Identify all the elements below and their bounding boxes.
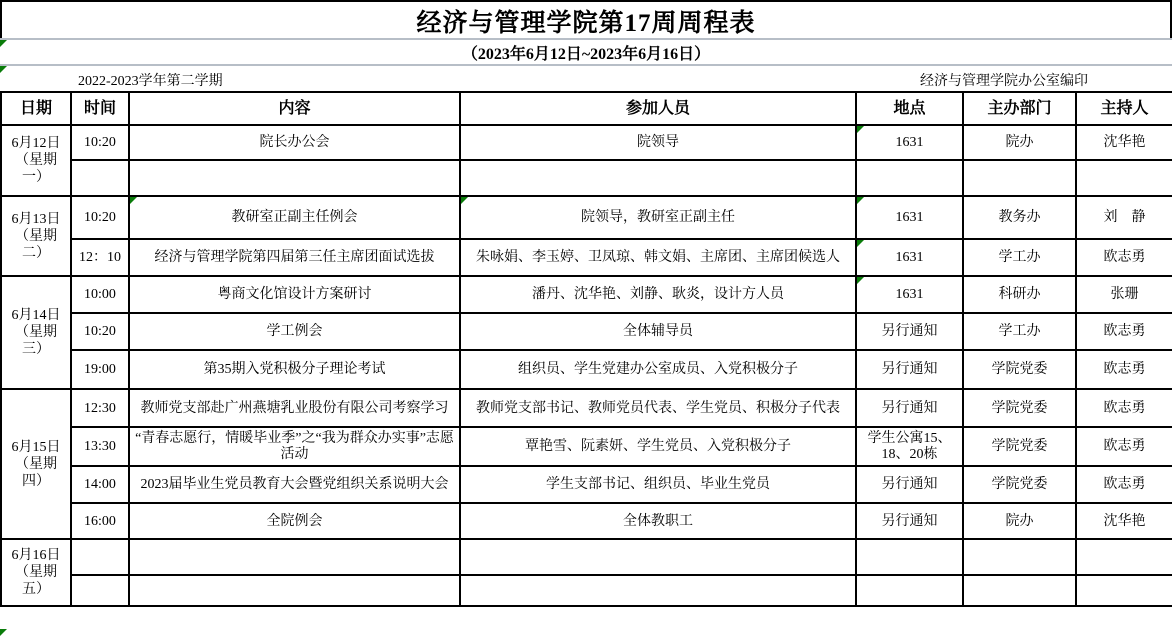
weekday-text: （星期五） [5,564,67,598]
host-cell: 欧志勇 [1076,466,1172,503]
time-cell: 19:00 [71,350,129,389]
location-text: 1631 [896,210,924,225]
department-cell [963,539,1076,575]
col-header-date: 日期 [1,92,71,125]
content-cell [129,539,460,575]
location-cell [856,575,963,606]
table-row: 12：10 经济与管理学院第四届第三任主席团面试选拔 朱咏娟、李玉婷、卫凤琼、韩… [1,239,1172,276]
location-cell: 另行通知 [856,503,963,539]
participants-cell: 潘丹、沈华艳、刘静、耿炎，设计方人员 [460,276,856,313]
date-text: 6月16日 [5,547,67,564]
comment-indicator-icon [857,240,864,247]
weekday-text: （星期一） [5,152,67,186]
table-row: 6月14日 （星期三） 10:00 粤商文化馆设计方案研讨 潘丹、沈华艳、刘静、… [1,276,1172,313]
host-cell: 欧志勇 [1076,313,1172,350]
host-cell: 欧志勇 [1076,350,1172,389]
location-cell: 1631 [856,239,963,276]
location-cell [856,539,963,575]
comment-indicator-icon [0,66,7,73]
col-header-department: 主办部门 [963,92,1076,125]
participants-text: 院领导，教研室正副主任 [581,210,735,225]
table-row: 14:00 2023届毕业生党员教育大会暨党组织关系说明大会 学生支部书记、组织… [1,466,1172,503]
department-cell: 学院党委 [963,389,1076,427]
weekday-text: （星期四） [5,456,67,490]
time-cell: 13:30 [71,427,129,466]
time-cell: 10:00 [71,276,129,313]
table-header-row: 日期 时间 内容 参加人员 地点 主办部门 主持人 [1,92,1172,125]
time-cell [71,575,129,606]
time-cell: 10:20 [71,196,129,239]
weekday-text: （星期三） [5,324,67,358]
date-cell: 6月13日 （星期二） [1,196,71,276]
date-text: 6月13日 [5,211,67,228]
content-cell: 全院例会 [129,503,460,539]
host-cell: 欧志勇 [1076,389,1172,427]
time-cell: 12:30 [71,389,129,427]
participants-cell: 学生支部书记、组织员、毕业生党员 [460,466,856,503]
host-cell [1076,160,1172,196]
time-cell: 14:00 [71,466,129,503]
comment-indicator-icon [857,126,864,133]
time-cell: 12：10 [71,239,129,276]
department-cell: 学院党委 [963,427,1076,466]
host-cell: 沈华艳 [1076,125,1172,160]
content-cell: 教师党支部赴广州燕塘乳业股份有限公司考察学习 [129,389,460,427]
weekday-text: （星期二） [5,228,67,262]
department-cell: 院办 [963,503,1076,539]
department-cell: 学工办 [963,239,1076,276]
location-cell: 另行通知 [856,313,963,350]
participants-cell [460,160,856,196]
location-cell [856,160,963,196]
content-cell [129,160,460,196]
semester-label: 2022-2023学年第二学期 [78,70,223,90]
col-header-time: 时间 [71,92,129,125]
date-cell: 6月15日 （星期四） [1,389,71,539]
location-cell: 另行通知 [856,466,963,503]
time-cell [71,160,129,196]
date-text: 6月14日 [5,307,67,324]
location-cell: 1631 [856,125,963,160]
table-row: 6月13日 （星期二） 10:20 教研室正副主任例会 院领导，教研室正副主任 … [1,196,1172,239]
department-cell [963,575,1076,606]
host-cell: 欧志勇 [1076,239,1172,276]
participants-cell: 院领导 [460,125,856,160]
location-cell: 学生公寓15、18、20栋 [856,427,963,466]
host-cell [1076,575,1172,606]
table-row: 19:00 第35期入党积极分子理论考试 组织员、学生党建办公室成员、入党积极分… [1,350,1172,389]
schedule-sheet: 经济与管理学院第17周周程表 （2023年6月12日~2023年6月16日） 2… [0,0,1172,636]
table-row: 6月15日 （星期四） 12:30 教师党支部赴广州燕塘乳业股份有限公司考察学习… [1,389,1172,427]
date-cell: 6月14日 （星期三） [1,276,71,389]
col-header-location: 地点 [856,92,963,125]
table-row: 6月16日 （星期五） [1,539,1172,575]
date-cell: 6月16日 （星期五） [1,539,71,606]
location-text: 1631 [896,250,924,265]
department-cell [963,160,1076,196]
content-text: 教研室正副主任例会 [232,210,358,225]
content-cell: 院长办公会 [129,125,460,160]
participants-cell: 全体辅导员 [460,313,856,350]
host-cell: 张珊 [1076,276,1172,313]
department-cell: 学院党委 [963,466,1076,503]
participants-cell: 教师党支部书记、教师党员代表、学生党员、积极分子代表 [460,389,856,427]
comment-indicator-icon [0,40,7,47]
table-row [1,575,1172,606]
page-title-text: 经济与管理学院第17周周程表 [416,3,755,39]
meta-row: 2022-2023学年第二学期 经济与管理学院办公室编印 [0,66,1172,91]
content-cell: 学工例会 [129,313,460,350]
table-row: 10:20 学工例会 全体辅导员 另行通知 学工办 欧志勇 [1,313,1172,350]
time-cell: 16:00 [71,503,129,539]
col-header-host: 主持人 [1076,92,1172,125]
table-row [1,160,1172,196]
time-cell: 10:20 [71,313,129,350]
comment-indicator-icon [857,197,864,204]
participants-cell: 全体教职工 [460,503,856,539]
content-cell: “青春志愿行，情暖毕业季”之“我为群众办实事”志愿活动 [129,427,460,466]
date-text: 6月12日 [5,135,67,152]
location-cell: 另行通知 [856,350,963,389]
host-cell: 刘 静 [1076,196,1172,239]
location-cell: 另行通知 [856,389,963,427]
comment-indicator-icon [0,629,7,636]
date-cell: 6月12日 （星期一） [1,125,71,196]
department-cell: 学院党委 [963,350,1076,389]
participants-cell: 朱咏娟、李玉婷、卫凤琼、韩文娟、主席团、主席团候选人 [460,239,856,276]
table-row: 16:00 全院例会 全体教职工 另行通知 院办 沈华艳 [1,503,1172,539]
location-text: 1631 [896,135,924,150]
content-cell: 2023届毕业生党员教育大会暨党组织关系说明大会 [129,466,460,503]
department-cell: 科研办 [963,276,1076,313]
date-range-text: （2023年6月12日~2023年6月16日） [462,41,710,64]
department-cell: 学工办 [963,313,1076,350]
date-range-subtitle: （2023年6月12日~2023年6月16日） [0,40,1172,64]
table-row: 13:30 “青春志愿行，情暖毕业季”之“我为群众办实事”志愿活动 覃艳雪、阮素… [1,427,1172,466]
participants-cell [460,539,856,575]
col-header-content: 内容 [129,92,460,125]
date-text: 6月15日 [5,439,67,456]
comment-indicator-icon [461,197,468,204]
time-cell [71,539,129,575]
page-title: 经济与管理学院第17周周程表 [0,0,1172,39]
host-cell: 沈华艳 [1076,503,1172,539]
time-cell: 10:20 [71,125,129,160]
publisher-label: 经济与管理学院办公室编印 [920,70,1088,90]
participants-cell: 院领导，教研室正副主任 [460,196,856,239]
department-cell: 教务办 [963,196,1076,239]
content-cell: 粤商文化馆设计方案研讨 [129,276,460,313]
location-text: 1631 [896,287,924,302]
participants-cell [460,575,856,606]
schedule-table: 日期 时间 内容 参加人员 地点 主办部门 主持人 6月12日 （星期一） 10… [0,91,1172,607]
host-cell [1076,539,1172,575]
location-cell: 1631 [856,196,963,239]
table-row: 6月12日 （星期一） 10:20 院长办公会 院领导 1631 院办 沈华艳 [1,125,1172,160]
content-cell [129,575,460,606]
content-cell: 第35期入党积极分子理论考试 [129,350,460,389]
content-cell: 教研室正副主任例会 [129,196,460,239]
content-cell: 经济与管理学院第四届第三任主席团面试选拔 [129,239,460,276]
host-cell: 欧志勇 [1076,427,1172,466]
col-header-participants: 参加人员 [460,92,856,125]
comment-indicator-icon [857,277,864,284]
comment-indicator-icon [130,197,137,204]
location-cell: 1631 [856,276,963,313]
participants-cell: 组织员、学生党建办公室成员、入党积极分子 [460,350,856,389]
department-cell: 院办 [963,125,1076,160]
participants-cell: 覃艳雪、阮素妍、学生党员、入党积极分子 [460,427,856,466]
